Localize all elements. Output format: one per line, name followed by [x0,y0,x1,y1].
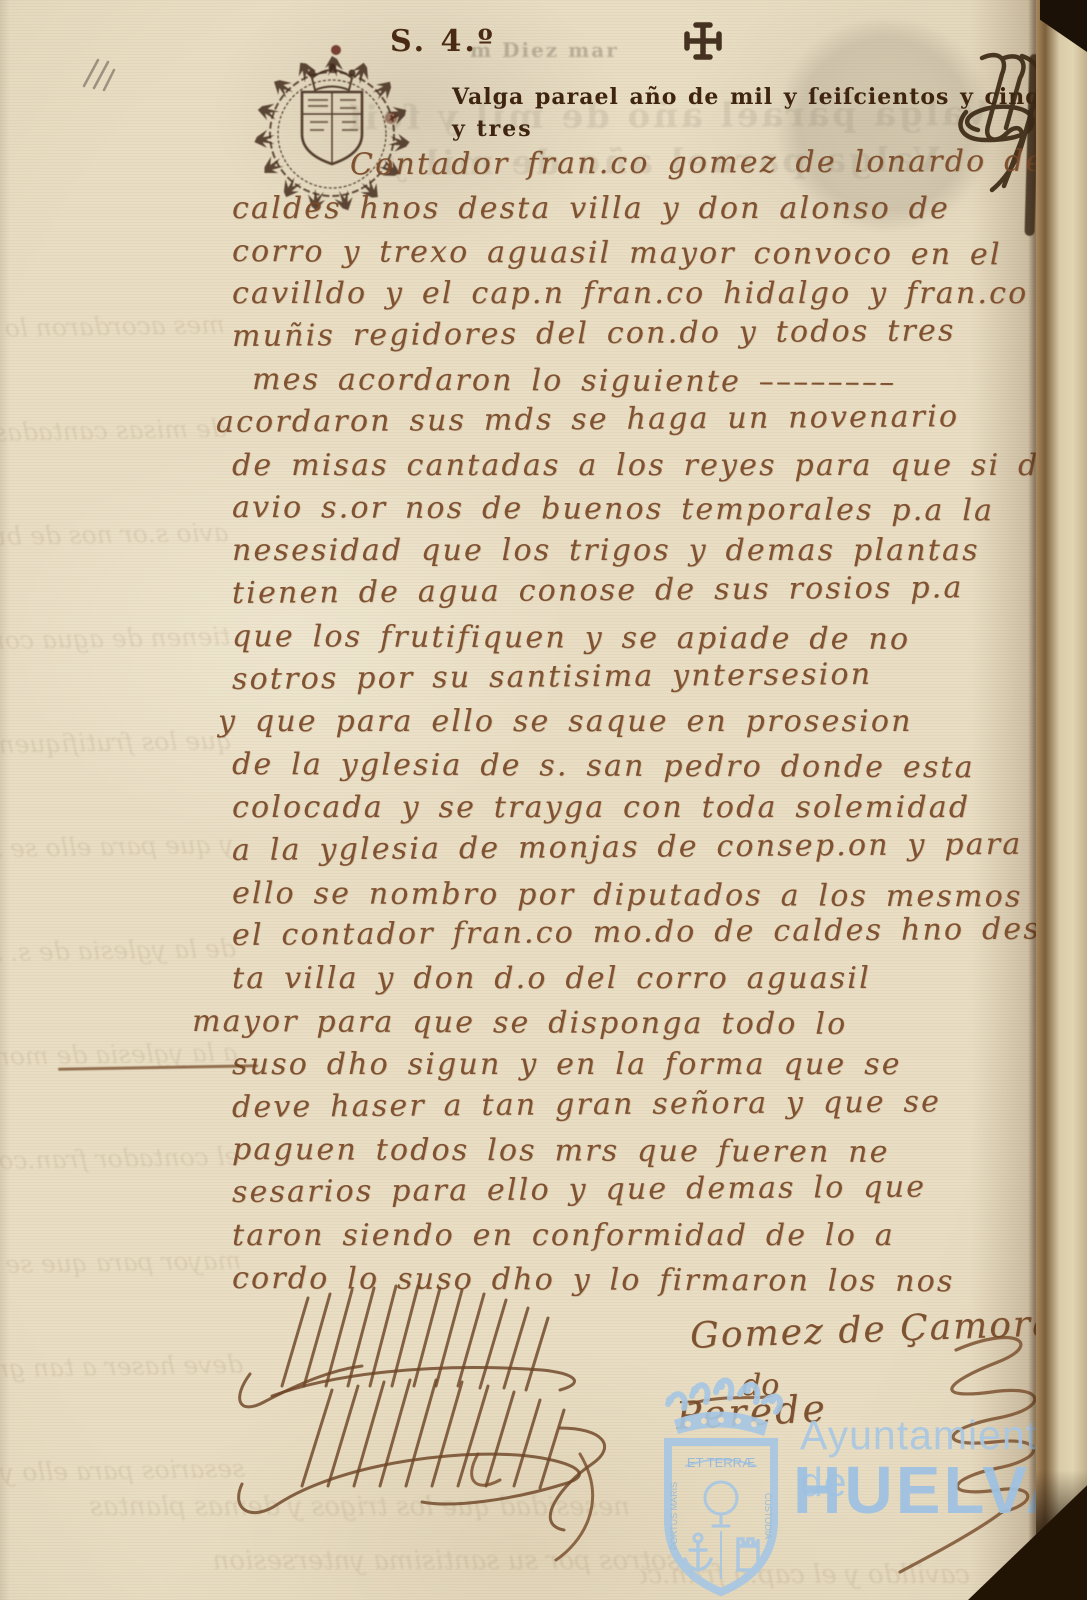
manuscript-line: colocada y se trayga con toda solemidad [232,790,1044,833]
manuscript-line: y que para ello se saque en prosesion [218,704,1044,747]
manuscript-line: mayor para que se disponga todo lo [192,1004,1044,1051]
crown-icon [310,65,355,91]
cross-potent-icon [678,16,728,66]
manuscript-line: muñis regidores del con.do y todos tres [232,313,1044,362]
huelva-shield-icon: ET TERRÆ PORTUS MARIS CUSTODIA [646,1366,796,1600]
manuscript-line: sesarios para ello y que demas lo que [232,1169,1044,1218]
stamp-validity-text: y tres [452,116,533,142]
manuscript-scan: m Diez mar Valga parael año de mil y ſei… [0,0,1087,1600]
manuscript-line: ta villa y don d.o del corro aguasil [232,961,1044,1004]
manuscript-line: sotros por su santisima yntersesion [232,655,1044,704]
shield-motto-left: PORTUS MARIS [669,1482,679,1550]
manuscript-line: caldes hnos desta villa y don alonso de [232,191,1044,234]
pencil-mark [70,46,130,106]
verso-handwriting-ghost: mes acordaron lo siguiente –––––––– de m… [0,273,246,1537]
manuscript-line: taron siendo en conformidad de lo a [232,1218,1044,1261]
manuscript-line: acordaron sus mds se haga un novenario [216,398,1044,447]
manuscript-line: de la yglesia de s. san pedro donde esta [232,747,1044,793]
manuscript-line: deve haser a tan gran señora y que se [232,1083,1044,1132]
manuscript-line: avio s.or nos de buenos temporales p.a l… [232,490,1044,536]
manuscript-line: nesesidad que los trigos y demas plantas [232,533,1044,576]
manuscript-line: suso dho sigun y en la forma que se [232,1047,1044,1090]
manuscript-line: a la yglesia de monjas de consep.on y pa… [232,826,1044,875]
seal-class-label: S. 4.º [390,24,496,59]
shield-motto-top: ET TERRÆ [687,1455,755,1470]
shield-motto-right: CUSTODIA [763,1493,773,1539]
manuscript-line: Contador fran.co gomez de lonardo de [232,144,1044,191]
manuscript-line: tienen de agua conose de sus rosios p.a [232,570,1044,619]
manuscript-line: corro y trexo aguasil mayor convoco en e… [232,234,1044,280]
manuscript-line: el contador fran.co mo.do de caldes hno … [232,912,1044,961]
manuscript-body: Contador fran.co gomez de lonardo de cal… [232,148,1044,1304]
manuscript-line: de misas cantadas a los reyes para que s… [232,448,1044,491]
book-page-edges [1036,0,1087,1600]
